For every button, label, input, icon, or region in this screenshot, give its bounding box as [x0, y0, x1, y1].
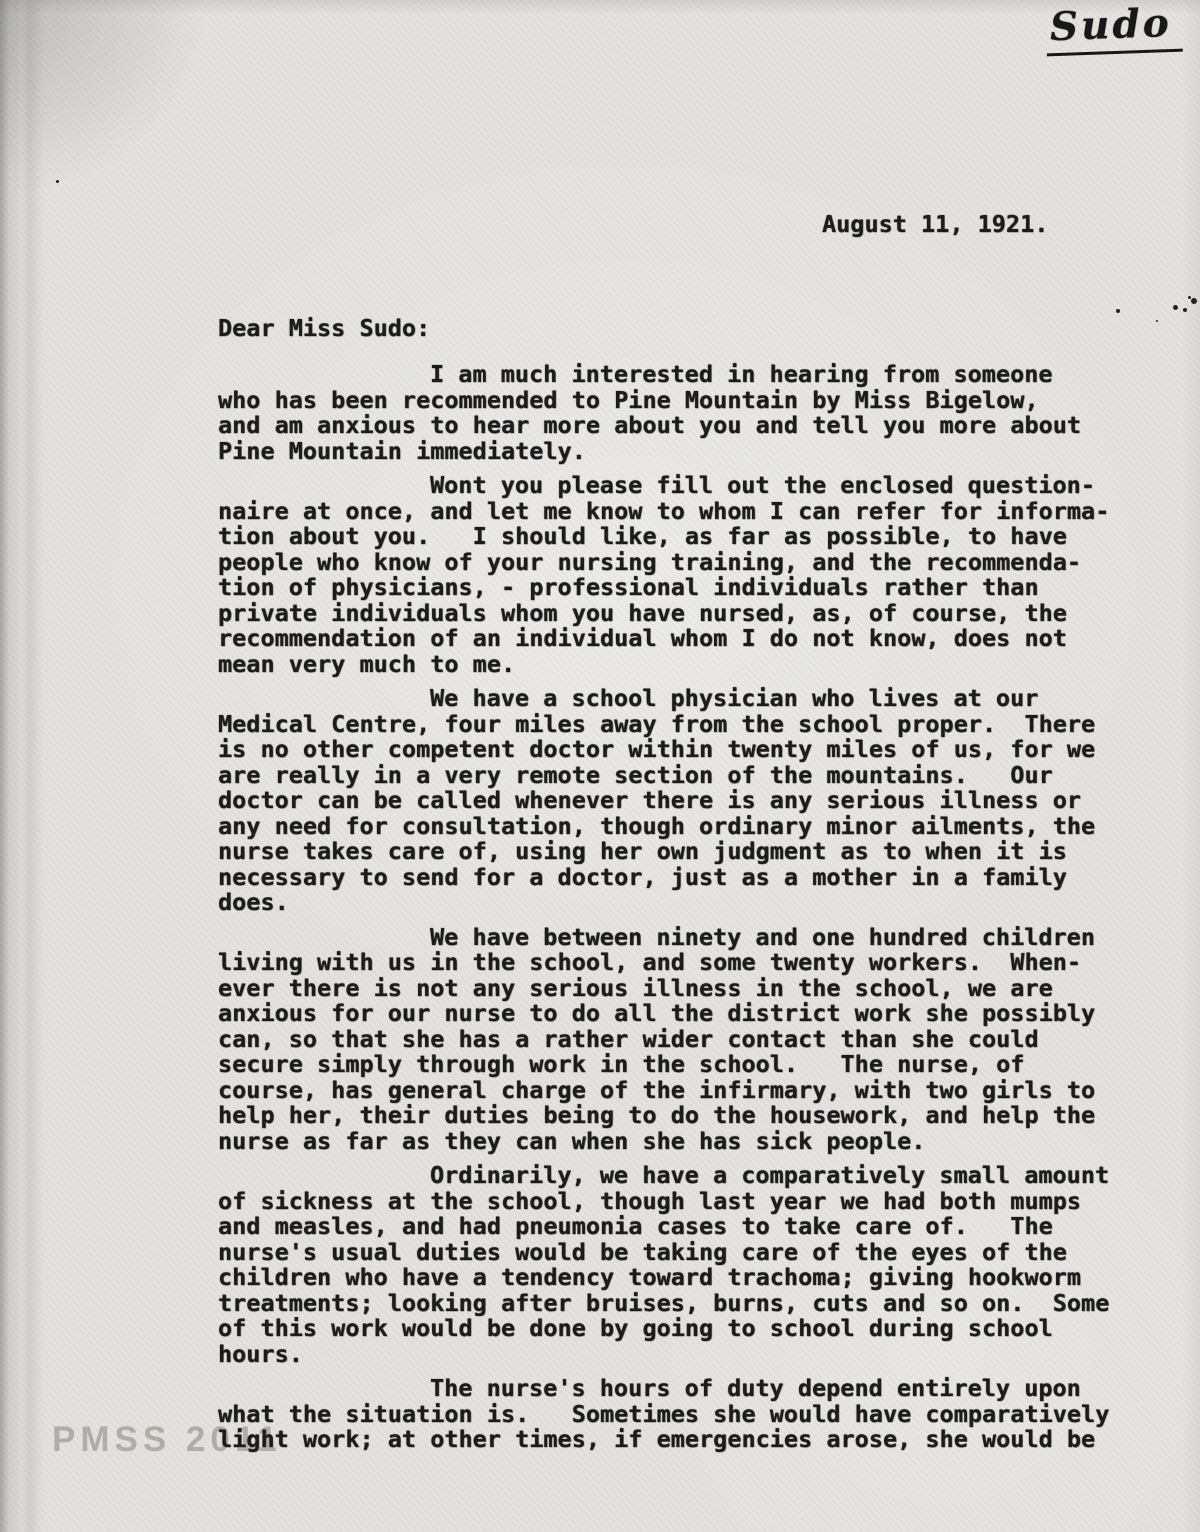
letter-line: any need for consultation, though ordina… [218, 814, 1109, 840]
letter-line: Medical Centre, four miles away from the… [218, 712, 1109, 738]
paper-speck [1116, 309, 1120, 313]
letter-line: Ordinarily, we have a comparatively smal… [218, 1163, 1109, 1189]
letter-line: can, so that she has a rather wider cont… [218, 1027, 1109, 1053]
letter-salutation: Dear Miss Sudo: [218, 314, 430, 342]
letter-line: secure simply through work in the school… [218, 1052, 1109, 1078]
paper-speck [1156, 320, 1158, 322]
letter-line: necessary to send for a doctor, just as … [218, 865, 1109, 891]
letter-line: light work; at other times, if emergenci… [218, 1427, 1109, 1453]
letter-line: doctor can be called whenever there is a… [218, 788, 1109, 814]
letter-line: what the situation is. Sometimes she wou… [218, 1402, 1109, 1428]
letter-line: and am anxious to hear more about you an… [218, 413, 1109, 439]
letter-paragraph: We have between ninety and one hundred c… [218, 925, 1109, 1155]
letter-line: living with us in the school, and some t… [218, 950, 1109, 976]
letter-paragraph: We have a school physician who lives at … [218, 686, 1109, 916]
letter-line: treatments; looking after bruises, burns… [218, 1291, 1109, 1317]
letter-line: ever there is not any serious illness in… [218, 976, 1109, 1002]
letter-line: nurse as far as they can when she has si… [218, 1129, 1109, 1155]
letter-line: course, has general charge of the infirm… [218, 1078, 1109, 1104]
letter-line: of this work would be done by going to s… [218, 1316, 1109, 1342]
letter-line: We have between ninety and one hundred c… [218, 925, 1109, 951]
letter-line: I am much interested in hearing from som… [218, 362, 1109, 388]
letter-line: are really in a very remote section of t… [218, 763, 1109, 789]
letter-body: I am much interested in hearing from som… [218, 362, 1109, 1462]
letter-paragraph: Ordinarily, we have a comparatively smal… [218, 1163, 1109, 1367]
letter-line: nurse takes care of, using her own judgm… [218, 839, 1109, 865]
handwritten-name-annotation: Sudo [1045, 0, 1183, 56]
letter-line: Pine Mountain immediately. [218, 439, 1109, 465]
paper-speck [1183, 308, 1187, 312]
letter-paragraph: I am much interested in hearing from som… [218, 362, 1109, 464]
letter-paragraph: The nurse's hours of duty depend entirel… [218, 1376, 1109, 1453]
letter-line: recommendation of an individual whom I d… [218, 626, 1109, 652]
letter-line: anxious for our nurse to do all the dist… [218, 1001, 1109, 1027]
letter-paragraph: Wont you please fill out the enclosed qu… [218, 473, 1109, 677]
scanned-letter-page: Sudo PMSS 2011 August 11, 1921. Dear Mis… [0, 0, 1200, 1532]
letter-line: is no other competent doctor within twen… [218, 737, 1109, 763]
letter-line: naire at once, and let me know to whom I… [218, 499, 1109, 525]
letter-line: The nurse's hours of duty depend entirel… [218, 1376, 1109, 1402]
letter-line: Wont you please fill out the enclosed qu… [218, 473, 1109, 499]
letter-line: who has been recommended to Pine Mountai… [218, 388, 1109, 414]
letter-line: help her, their duties being to do the h… [218, 1103, 1109, 1129]
letter-date: August 11, 1921. [822, 210, 1048, 238]
letter-line: and measles, and had pneumonia cases to … [218, 1214, 1109, 1240]
letter-line: private individuals whom you have nursed… [218, 601, 1109, 627]
paper-speck [1191, 298, 1197, 304]
letter-line: does. [218, 890, 1109, 916]
letter-line: hours. [218, 1342, 1109, 1368]
paper-speck [1173, 305, 1178, 310]
letter-line: children who have a tendency toward trac… [218, 1265, 1109, 1291]
letter-line: nurse's usual duties would be taking car… [218, 1240, 1109, 1266]
paper-speck [56, 180, 59, 183]
paper-speck [1188, 296, 1191, 299]
letter-line: tion of physicians, - professional indiv… [218, 575, 1109, 601]
letter-line: people who know of your nursing training… [218, 550, 1109, 576]
letter-line: mean very much to me. [218, 652, 1109, 678]
letter-line: We have a school physician who lives at … [218, 686, 1109, 712]
letter-line: tion about you. I should like, as far as… [218, 524, 1109, 550]
letter-line: of sickness at the school, though last y… [218, 1189, 1109, 1215]
